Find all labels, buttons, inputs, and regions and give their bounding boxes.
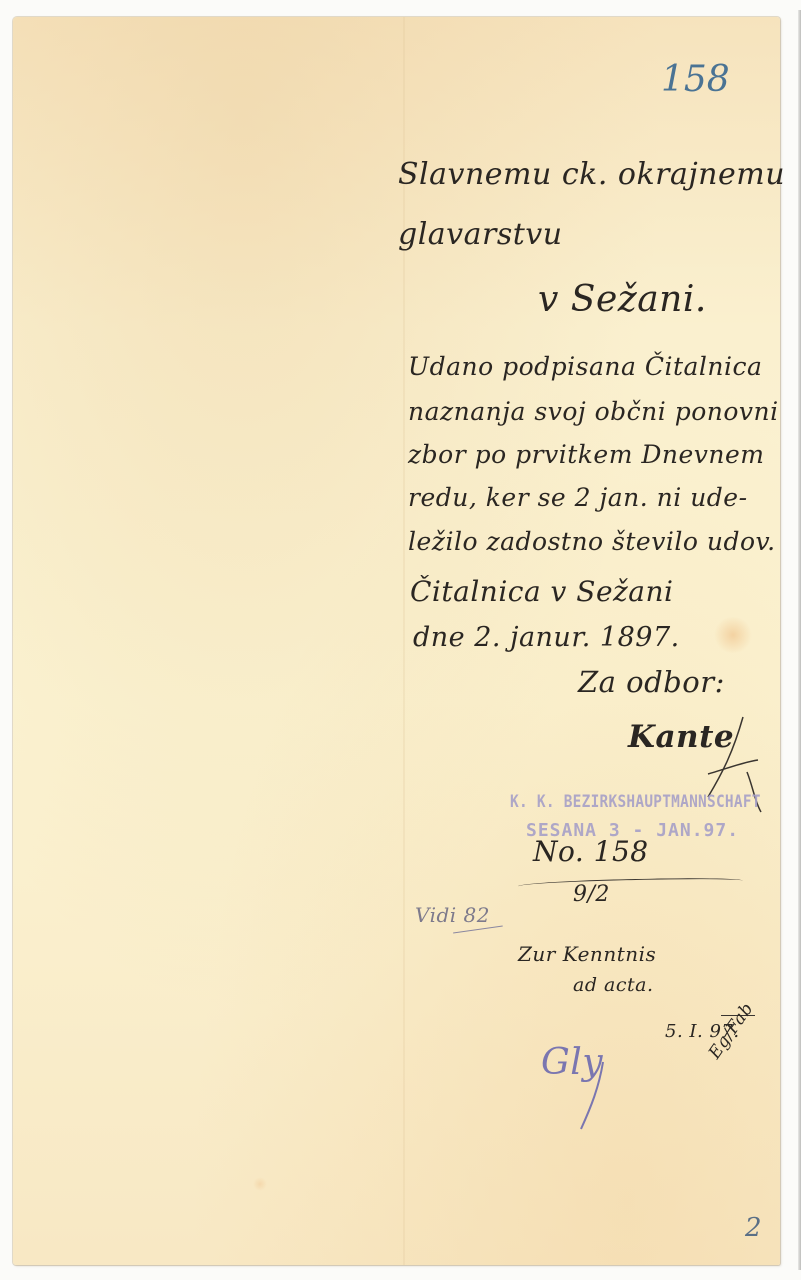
closing-date: dne 2. janur. 1897.	[413, 622, 680, 653]
page-fold-line	[403, 17, 405, 1265]
registry-underline	[518, 877, 743, 890]
body-line-3: zbor po prvitkem Dnevnem	[408, 440, 765, 469]
address-line-1: Slavnemu ck. okrajnemu	[398, 157, 785, 192]
address-line-2: glavarstvu	[398, 217, 563, 252]
body-line-1: Udano podpisana Čitalnica	[408, 352, 762, 381]
body-line-2: naznanja svoj občni ponovni	[408, 397, 779, 426]
annotation-line-1: Zur Kenntnis	[518, 942, 656, 966]
body-line-5: ležilo zadostno število udov.	[408, 527, 776, 556]
for-committee: Za odbor:	[578, 665, 725, 699]
annotation-line-2: ad acta.	[573, 974, 654, 996]
closing-place: Čitalnica v Sežani	[410, 575, 673, 608]
violet-signature-tail	[573, 1057, 613, 1132]
address-line-3: v Sežani.	[538, 279, 707, 320]
registry-number: No. 158	[533, 835, 649, 868]
folio-number-bottom: 2	[745, 1213, 762, 1243]
stamp-authority: K. K. BEZIRKSHAUPTMANNSCHAFT	[510, 792, 761, 812]
stain	[253, 1177, 267, 1191]
registry-sub: 9/2	[573, 882, 610, 907]
stain	[713, 617, 753, 653]
margin-note: Vidi 82	[415, 903, 490, 927]
body-line-4: redu, ker se 2 jan. ni ude-	[408, 483, 748, 512]
scanned-document: 158 Slavnemu ck. okrajnemu glavarstvu v …	[0, 0, 801, 1280]
folio-number-top: 158	[661, 59, 730, 100]
paper-sheet: 158 Slavnemu ck. okrajnemu glavarstvu v …	[13, 17, 780, 1265]
